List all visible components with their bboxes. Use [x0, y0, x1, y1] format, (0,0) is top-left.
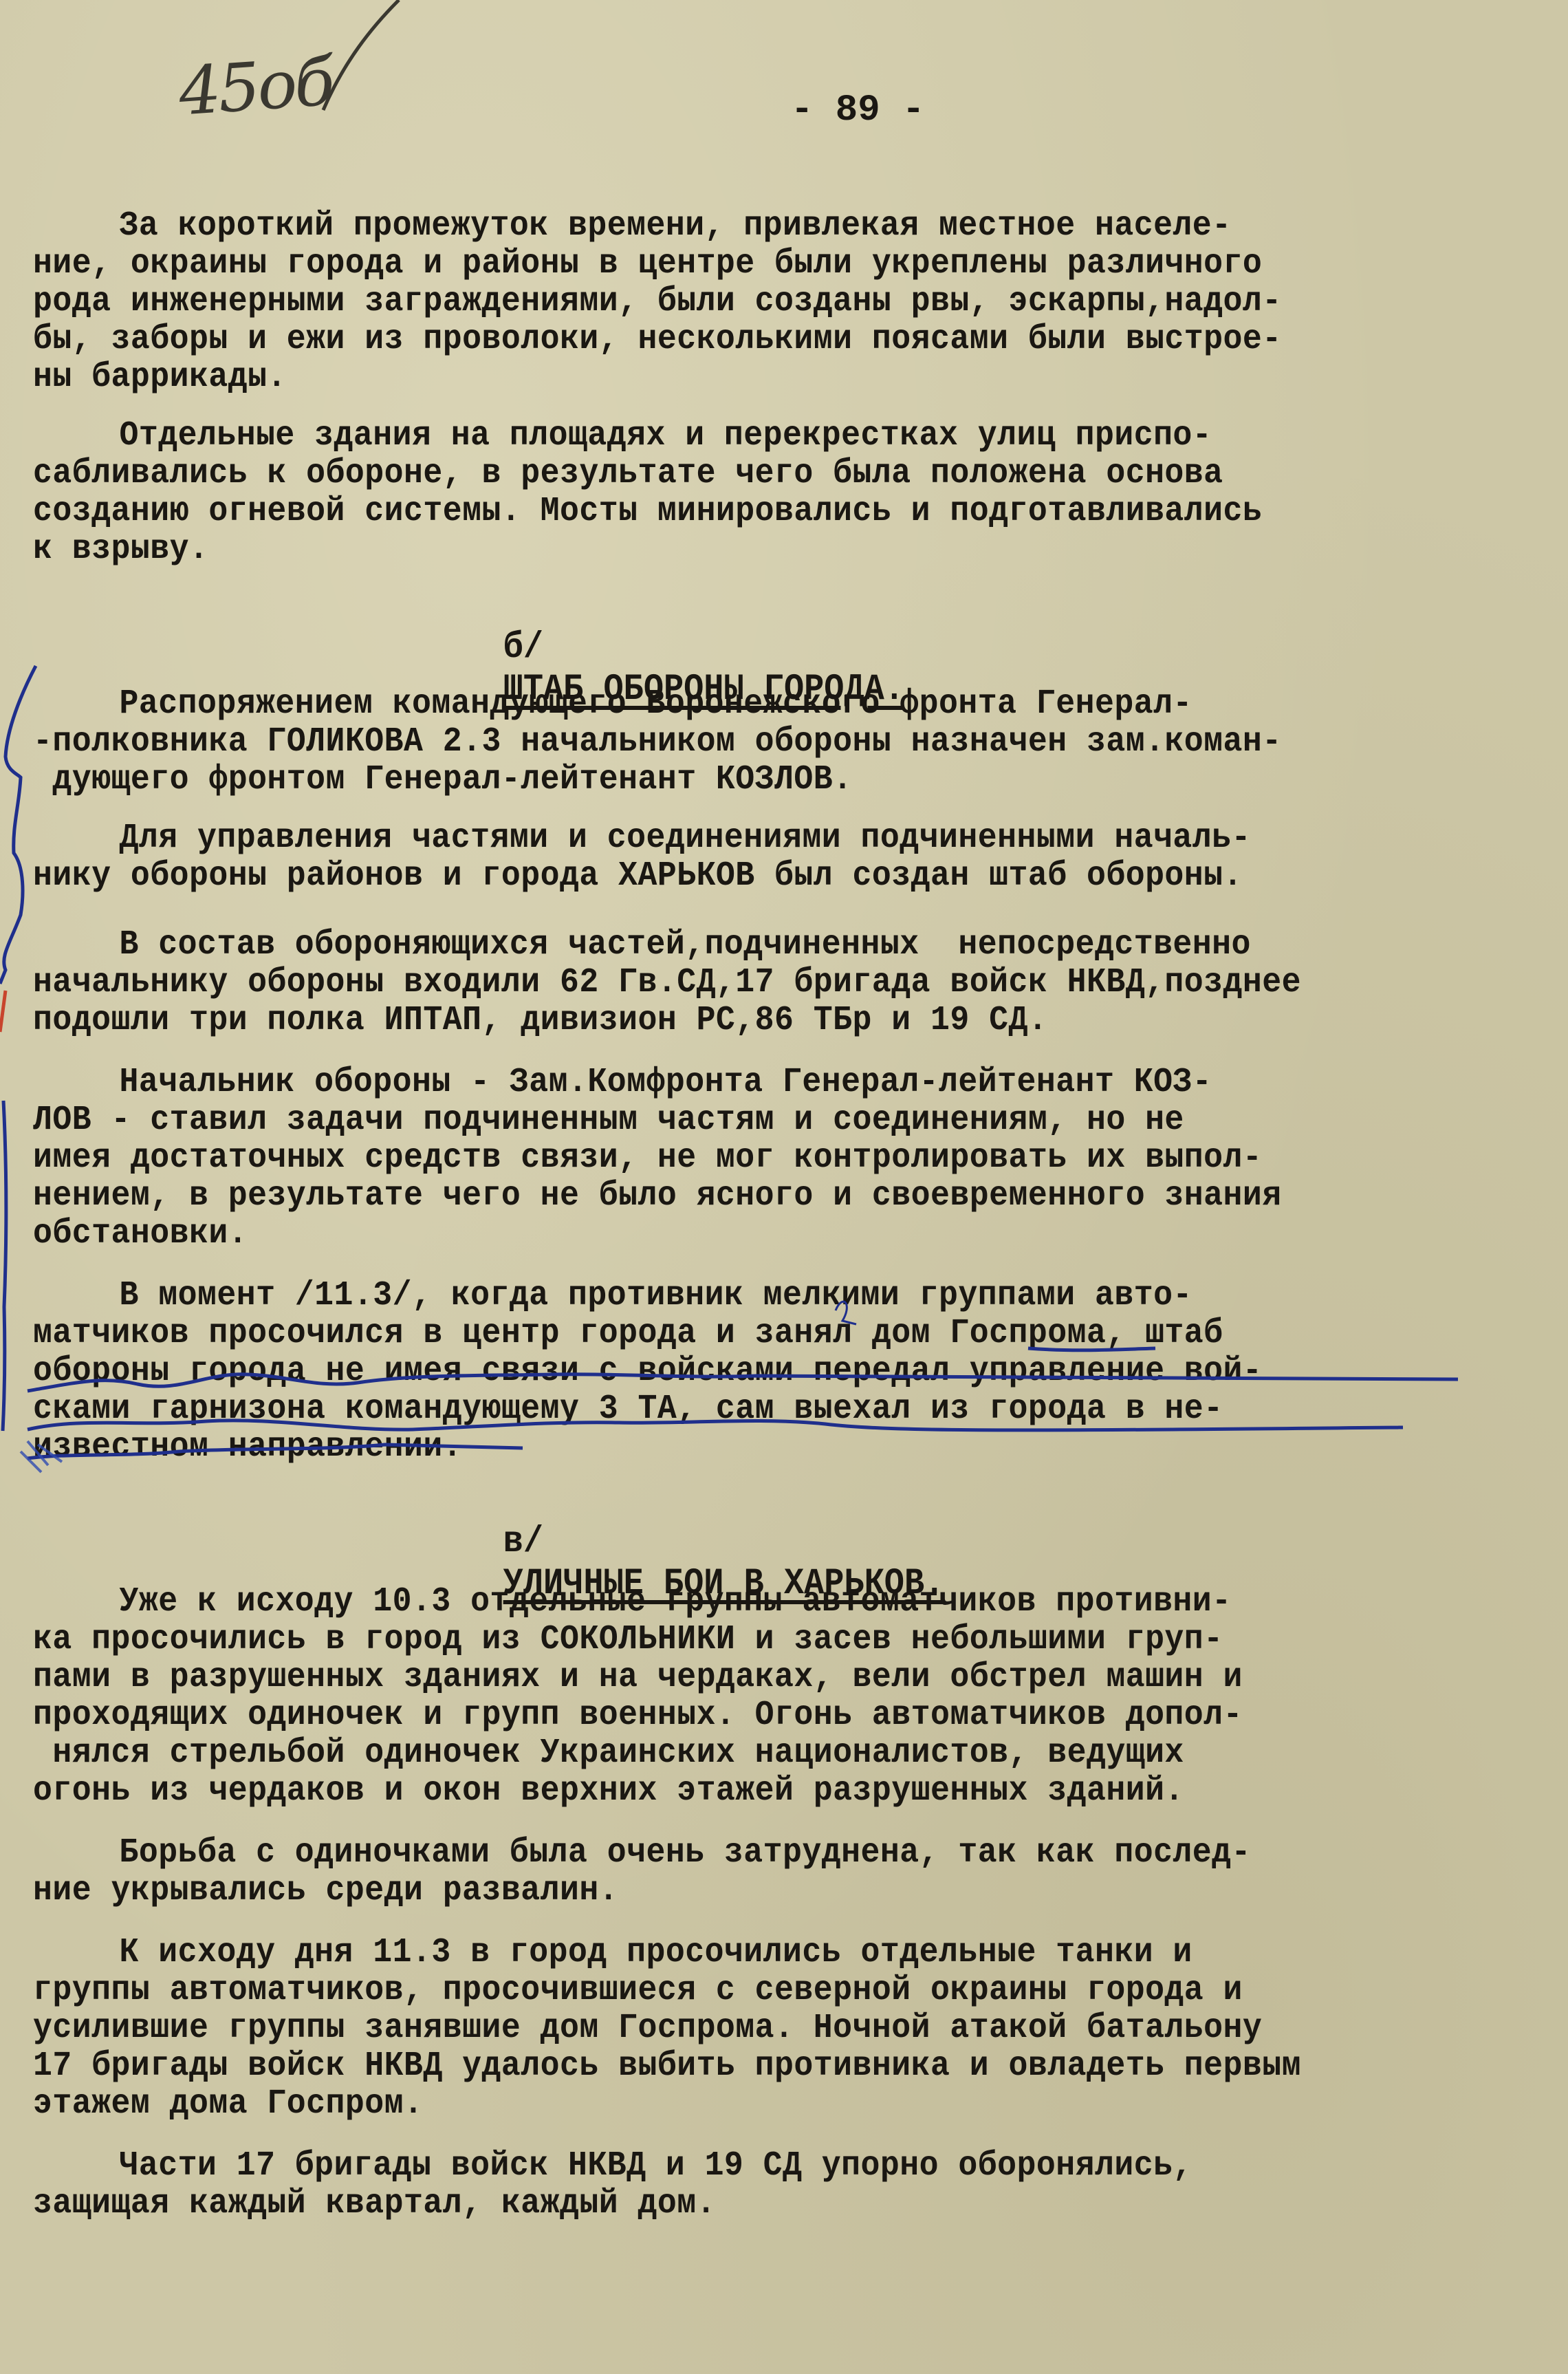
text-line: ка просочились в город из СОКОЛЬНИКИ и з… — [33, 1620, 1223, 1660]
section-prefix: б/ — [503, 627, 543, 669]
text-line: рода инженерными заграждениями, были соз… — [33, 282, 1282, 322]
text-line: ние, окраины города и районы в центре бы… — [33, 244, 1262, 284]
text-line: усилившие группы занявшие дом Госпрома. … — [33, 2009, 1262, 2049]
text-line: матчиков просочился в центр города и зан… — [33, 1314, 1223, 1354]
text-line: к взрыву. — [33, 530, 208, 570]
text-line: подошли три полка ИПТАП, дивизион РС,86 … — [33, 1001, 1047, 1041]
text-line: В момент /11.3/, когда противник мелкими… — [41, 1276, 1193, 1316]
text-line: Отдельные здания на площадях и перекрест… — [41, 416, 1212, 456]
text-line: ние укрывались среди развалин. — [33, 1871, 618, 1911]
text-line: Уже к исходу 10.3 отдельные группы автом… — [41, 1582, 1232, 1622]
margin-bracket — [0, 666, 36, 1431]
text-line: начальнику обороны входили 62 Гв.СД,17 б… — [33, 963, 1301, 1003]
text-line: проходящих одиночек и групп военных. Ого… — [33, 1696, 1243, 1736]
text-line: этажем дома Госпром. — [33, 2084, 423, 2124]
text-line: бы, заборы и ежи из проволоки, нескольки… — [33, 320, 1282, 360]
text-line: К исходу дня 11.3 в город просочились от… — [41, 1933, 1193, 1973]
text-line: нением, в результате чего не было ясного… — [33, 1176, 1282, 1216]
text-line: ны баррикады. — [33, 358, 287, 398]
text-line: защищая каждый квартал, каждый дом. — [33, 2184, 716, 2224]
text-line: созданию огневой системы. Мосты минирова… — [33, 492, 1262, 532]
text-line: обстановки. — [33, 1214, 248, 1254]
folio-pen-stroke — [323, 0, 399, 110]
handwritten-folio-number: 45об — [176, 43, 334, 130]
text-line: Борьба с одиночками была очень затруднен… — [41, 1833, 1251, 1873]
text-line: За короткий промежуток времени, привлека… — [41, 206, 1232, 246]
text-line: ЛОВ - ставил задачи подчиненным частям и… — [33, 1101, 1184, 1141]
text-line: имея достаточных средств связи, не мог к… — [33, 1139, 1262, 1178]
text-line: В состав обороняющихся частей,подчиненны… — [41, 925, 1251, 965]
text-line: пами в разрушенных зданиях и на чердаках… — [33, 1658, 1243, 1698]
text-line: сабливались к обороне, в результате чего… — [33, 454, 1223, 494]
text-line: Для управления частями и соединениями по… — [41, 819, 1251, 859]
section-prefix: в/ — [503, 1521, 543, 1563]
red-margin-mark — [0, 991, 6, 1032]
text-line: огонь из чердаков и окон верхних этажей … — [33, 1771, 1184, 1811]
page-number: - 89 - — [791, 89, 924, 131]
text-line: нялся стрельбой одиночек Украинских наци… — [33, 1734, 1184, 1773]
text-line: -полковника ГОЛИКОВА 2.3 начальником обо… — [33, 722, 1282, 762]
text-line: известном направлении. — [33, 1427, 462, 1467]
text-line: сками гарнизона командующему 3 ТА, сам в… — [33, 1390, 1223, 1429]
text-line: Части 17 бригады войск НКВД и 19 СД упор… — [41, 2146, 1193, 2186]
text-line: дующего фронтом Генерал-лейтенант КОЗЛОВ… — [33, 760, 853, 800]
text-line: обороны города не имея связи с войсками … — [33, 1352, 1262, 1392]
text-line: нику обороны районов и города ХАРЬКОВ бы… — [33, 856, 1243, 896]
text-line: Распоряжением командующего Воронежского … — [41, 684, 1193, 724]
text-line: 17 бригады войск НКВД удалось выбить про… — [33, 2047, 1301, 2086]
text-line: группы автоматчиков, просочившиеся с сев… — [33, 1971, 1243, 2011]
archive-document-page: 45об - 89 - За короткий промежуток време… — [0, 0, 1568, 2374]
text-line: Начальник обороны - Зам.Комфронта Генера… — [41, 1063, 1212, 1103]
